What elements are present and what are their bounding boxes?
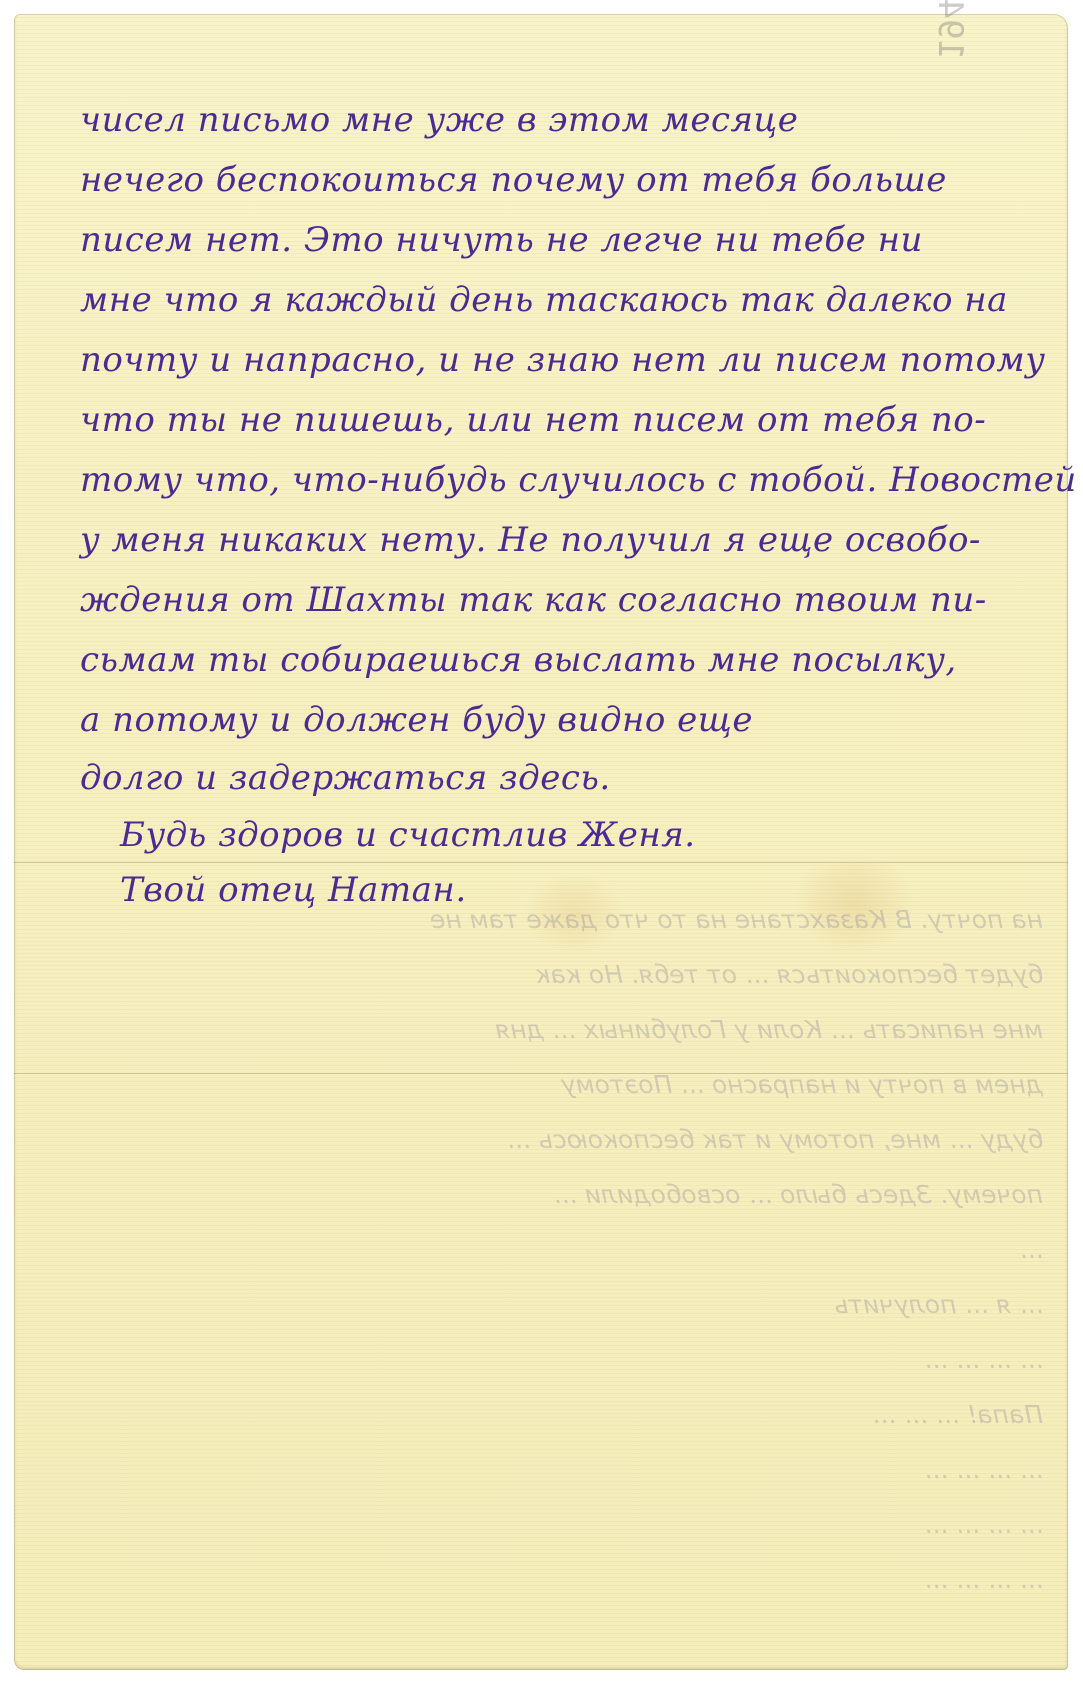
handwritten-line: почту и напрасно, и не знаю нет ли писем… — [80, 340, 1023, 380]
handwritten-line: писем нет. Это ничуть не легче ни тебе н… — [80, 220, 1023, 260]
faint-stamp: 1946 — [930, 0, 970, 60]
bleed-through-line: ... ... ... ... — [70, 1345, 1043, 1375]
handwritten-line: тому что, что-нибудь случилось с тобой. … — [80, 460, 1023, 500]
handwritten-line: ждения от Шахты так как согласно твоим п… — [80, 580, 1023, 620]
handwritten-line: нечего беспокоиться почему от тебя больш… — [80, 160, 1023, 200]
fold-crease — [14, 862, 1068, 863]
bleed-through-line: буду ... мне, потому и так беспокоюсь ..… — [70, 1125, 1043, 1155]
bleed-through-line: будет беспокоиться ... от тебя. Но как — [70, 960, 1043, 990]
bleed-through-line: ... ... ... ... — [70, 1565, 1043, 1595]
handwritten-line: сьмам ты собираешься выслать мне посылку… — [80, 640, 1023, 680]
bleed-through-line: днем в почту и напрасно ... Поэтому — [70, 1070, 1043, 1100]
bleed-through-line: ... ... ... ... — [70, 1510, 1043, 1540]
handwritten-line: что ты не пишешь, или нет писем от тебя … — [80, 400, 1023, 440]
handwritten-line: а потому и должен буду видно еще — [80, 700, 1023, 740]
bleed-through-line: ... ... ... ... — [70, 1455, 1043, 1485]
bleed-through-line: мне написать ... Коли у Голубиных ... дн… — [70, 1015, 1043, 1045]
signature-line: Твой отец Натан. — [120, 870, 1023, 910]
closing-line: Будь здоров и счастлив Женя. — [120, 815, 1023, 855]
handwritten-line: у меня никаких нету. Не получил я еще ос… — [80, 520, 1023, 560]
handwritten-line: чисел письмо мне уже в этом месяце — [80, 100, 1023, 140]
bleed-through-line: почему. Здесь было ... освободили ... — [70, 1180, 1043, 1210]
bleed-through-line: ... — [70, 1235, 1043, 1265]
handwritten-line: долго и задержаться здесь. — [80, 758, 1023, 798]
bleed-through-line: ... я ... получить — [70, 1290, 1043, 1320]
bleed-through-line: Папа! ... ... ... — [70, 1400, 1043, 1430]
handwritten-line: мне что я каждый день таскаюсь так далек… — [80, 280, 1023, 320]
